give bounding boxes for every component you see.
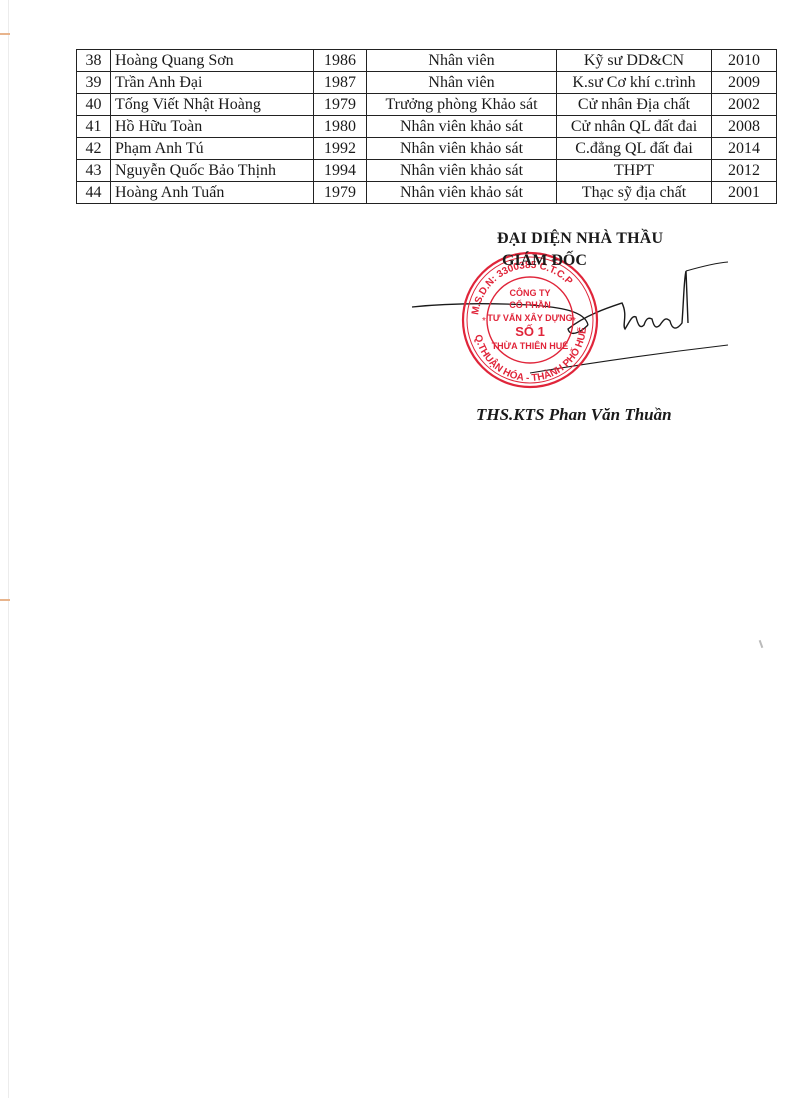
row-number-cell: 41 — [77, 116, 111, 138]
graduation-year-cell: 2009 — [712, 72, 777, 94]
table-row: 42Phạm Anh Tú1992Nhân viên khảo sátC.đẳn… — [77, 138, 777, 160]
company-stamp: M.S.D.N: 3300385 C.T.C.P Q.THUẬN HÓA - T… — [460, 250, 600, 390]
position-cell: Nhân viên khảo sát — [367, 182, 557, 204]
row-number-cell: 42 — [77, 138, 111, 160]
stamp-line-5: THỪA THIÊN HUẾ — [492, 340, 569, 351]
qualification-cell: THPT — [557, 160, 712, 182]
stamp-line-3: TƯ VẤN XÂY DỰNG — [487, 312, 572, 323]
graduation-year-cell: 2014 — [712, 138, 777, 160]
staff-name-cell: Tống Viết Nhật Hoàng — [111, 94, 314, 116]
birth-year-cell: 1987 — [314, 72, 367, 94]
graduation-year-cell: 2001 — [712, 182, 777, 204]
birth-year-cell: 1980 — [314, 116, 367, 138]
table-row: 40Tống Viết Nhật Hoàng1979Trưởng phòng K… — [77, 94, 777, 116]
birth-year-cell: 1979 — [314, 182, 367, 204]
birth-year-cell: 1994 — [314, 160, 367, 182]
graduation-year-cell: 2010 — [712, 50, 777, 72]
staff-name-cell: Hoàng Quang Sơn — [111, 50, 314, 72]
svg-text:*: * — [482, 316, 486, 327]
qualification-cell: Cử nhân QL đất đai — [557, 116, 712, 138]
qualification-cell: Kỹ sư DD&CN — [557, 50, 712, 72]
qualification-cell: K.sư Cơ khí c.trình — [557, 72, 712, 94]
table-row: 38Hoàng Quang Sơn1986Nhân viênKỹ sư DD&C… — [77, 50, 777, 72]
table-row: 41Hồ Hữu Toàn1980Nhân viên khảo sátCử nh… — [77, 116, 777, 138]
scan-edge-line — [8, 0, 9, 1098]
table-row: 44Hoàng Anh Tuấn1979Nhân viên khảo sátTh… — [77, 182, 777, 204]
graduation-year-cell: 2012 — [712, 160, 777, 182]
birth-year-cell: 1979 — [314, 94, 367, 116]
position-cell: Nhân viên khảo sát — [367, 160, 557, 182]
qualification-cell: C.đẳng QL đất đai — [557, 138, 712, 160]
position-cell: Trưởng phòng Khảo sát — [367, 94, 557, 116]
row-number-cell: 38 — [77, 50, 111, 72]
scan-edge-mark — [0, 33, 10, 35]
staff-name-cell: Trần Anh Đại — [111, 72, 314, 94]
position-cell: Nhân viên — [367, 50, 557, 72]
stamp-line-2: CỔ PHẦN — [509, 299, 551, 310]
qualification-cell: Thạc sỹ địa chất — [557, 182, 712, 204]
signer-name: THS.KTS Phan Văn Thuần — [476, 405, 672, 425]
representative-role: GIÁM ĐỐC — [502, 252, 587, 270]
position-cell: Nhân viên khảo sát — [367, 116, 557, 138]
birth-year-cell: 1986 — [314, 50, 367, 72]
scan-edge-mark — [0, 599, 10, 601]
staff-name-cell: Nguyễn Quốc Bảo Thịnh — [111, 160, 314, 182]
position-cell: Nhân viên — [367, 72, 557, 94]
staff-name-cell: Hồ Hữu Toàn — [111, 116, 314, 138]
staff-table: 38Hoàng Quang Sơn1986Nhân viênKỹ sư DD&C… — [76, 49, 777, 204]
scan-speck — [759, 640, 764, 648]
birth-year-cell: 1992 — [314, 138, 367, 160]
qualification-cell: Cử nhân Địa chất — [557, 94, 712, 116]
graduation-year-cell: 2008 — [712, 116, 777, 138]
table-row: 43Nguyễn Quốc Bảo Thịnh1994Nhân viên khả… — [77, 160, 777, 182]
staff-name-cell: Hoàng Anh Tuấn — [111, 182, 314, 204]
staff-name-cell: Phạm Anh Tú — [111, 138, 314, 160]
stamp-line-1: CÔNG TY — [509, 287, 550, 298]
stamp-line-4: SỐ 1 — [515, 324, 545, 339]
row-number-cell: 40 — [77, 94, 111, 116]
row-number-cell: 39 — [77, 72, 111, 94]
position-cell: Nhân viên khảo sát — [367, 138, 557, 160]
graduation-year-cell: 2002 — [712, 94, 777, 116]
row-number-cell: 43 — [77, 160, 111, 182]
table-row: 39Trần Anh Đại1987Nhân viênK.sư Cơ khí c… — [77, 72, 777, 94]
representative-title: ĐẠI DIỆN NHÀ THẦU — [497, 230, 663, 248]
row-number-cell: 44 — [77, 182, 111, 204]
